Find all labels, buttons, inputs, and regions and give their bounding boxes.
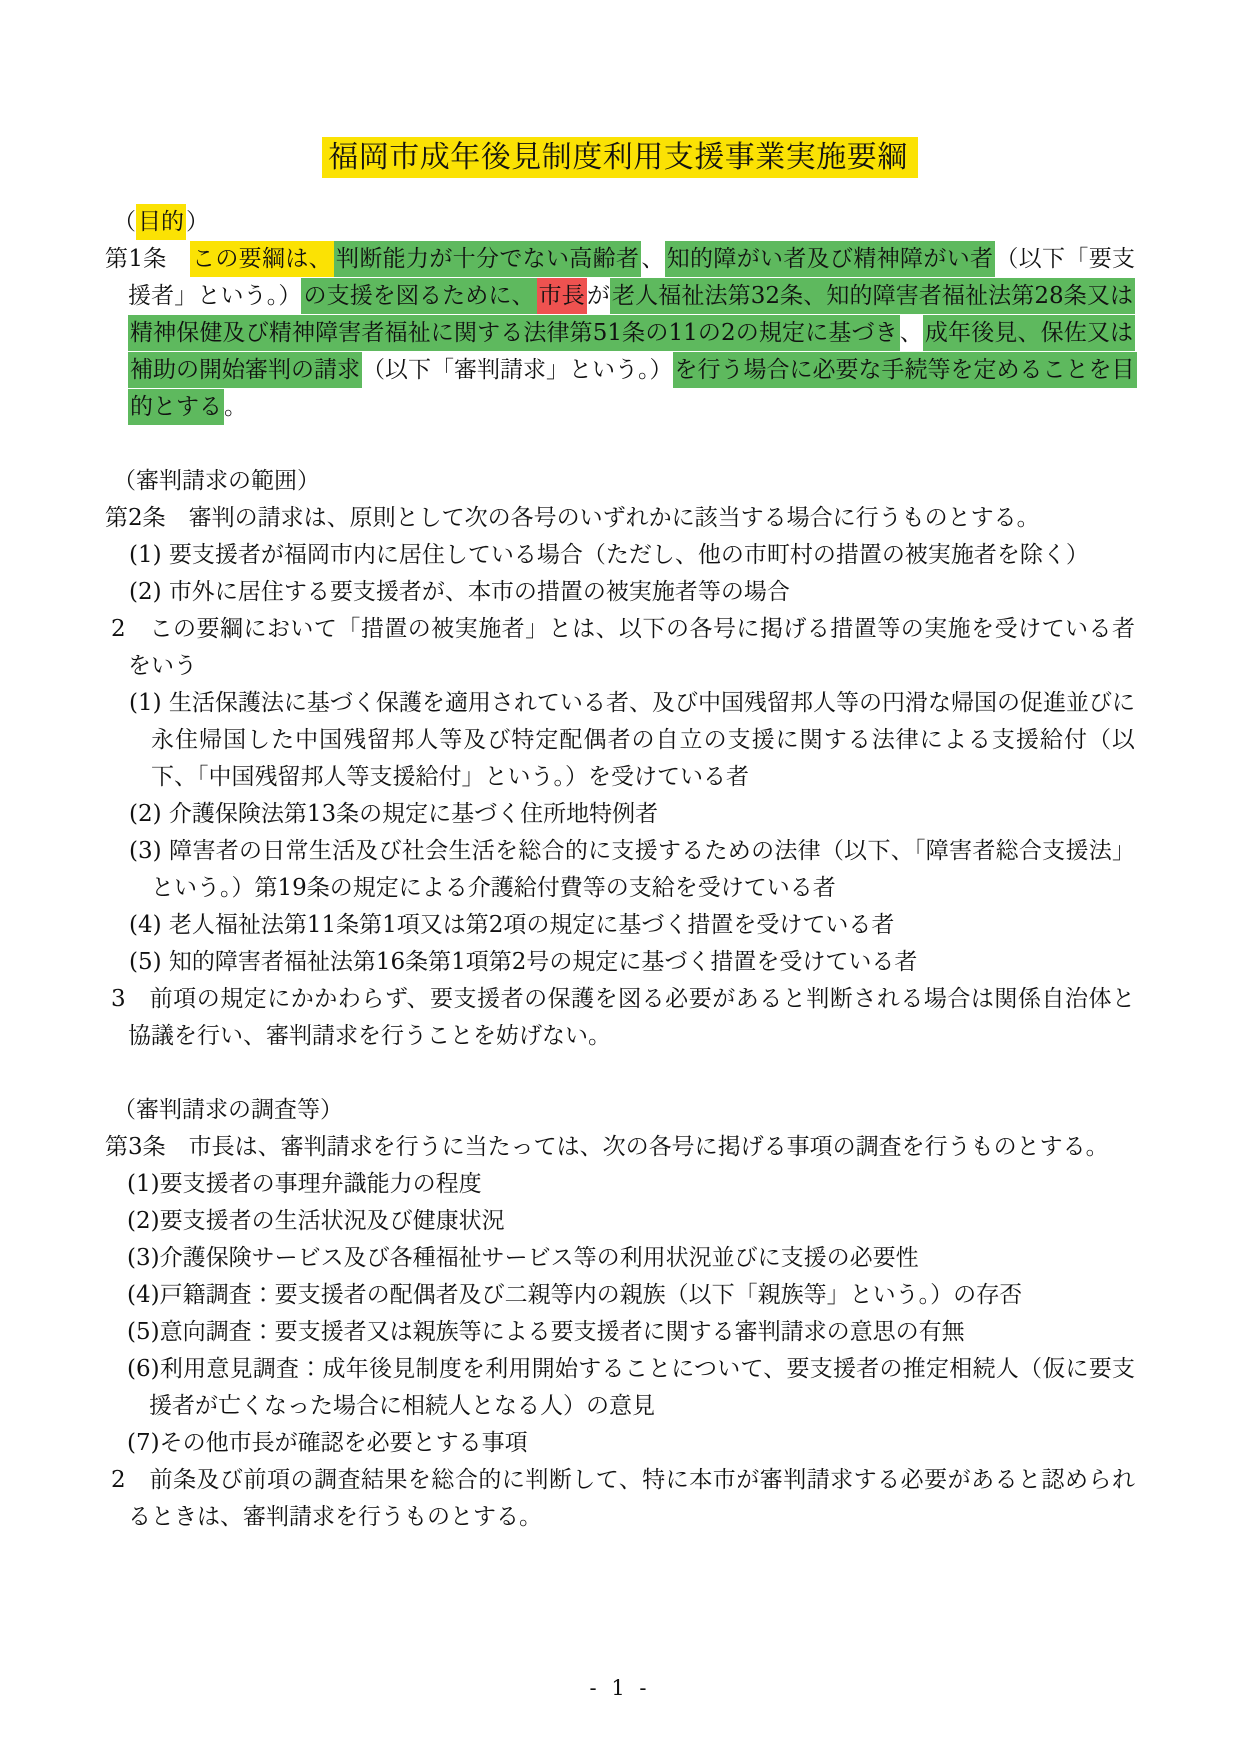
article-3-paragraph-2: 2 前条及び前項の調査結果を総合的に判断して、特に本市が審判請求する必要があると… (111, 1462, 1135, 1536)
text-run: 第1条 (105, 246, 190, 272)
text-run: (1)要支援者の事理弁識能力の程度 (127, 1171, 482, 1197)
text-run: 3 前項の規定にかかわらず、要支援者の保護を図る必要があると判断される場合は関係… (111, 986, 1135, 1049)
article-3-item-5: (5)意向調査：要支援者又は親族等による要支援者に関する審判請求の意思の有無 (127, 1314, 1135, 1351)
text-run: が (587, 283, 610, 309)
text-run: 。 (224, 394, 247, 420)
article-3-item-7: (7)その他市長が確認を必要とする事項 (127, 1425, 1135, 1462)
text-run: 、 (641, 246, 664, 272)
text-run: (2) 介護保険法第13条の規定に基づく住所地特例者 (129, 801, 658, 827)
article-1: 第1条 この要綱は、判断能力が十分でない高齢者、知的障がい者及び精神障がい者（以… (105, 241, 1135, 426)
article-3: 第3条 市長は、審判請求を行うに当たっては、次の各号に掲げる事項の調査を行うもの… (105, 1129, 1135, 1166)
section-heading-investigation: （審判請求の調査等） (113, 1092, 1135, 1129)
text-run: (6)利用意見調査：成年後見制度を利用開始することについて、要支援者の推定相続人… (127, 1356, 1135, 1419)
text-run: 、 (900, 320, 923, 346)
text-run: (1) 生活保護法に基づく保護を適用されている者、及び中国残留邦人等の円滑な帰国… (129, 690, 1135, 790)
text-run: ） (186, 209, 209, 235)
text-run: 第2条 審判の請求は、原則として次の各号のいずれかに該当する場合に行うものとする… (105, 505, 1040, 531)
text-run: （審判請求の範囲） (113, 468, 320, 494)
document-page: 福岡市成年後見制度利用支援事業実施要綱 （目的）第1条 この要綱は、判断能力が十… (0, 0, 1240, 1754)
text-run: (3)介護保険サービス及び各種福祉サービス等の利用状況並びに支援の必要性 (127, 1245, 919, 1271)
article-3-item-1: (1)要支援者の事理弁識能力の程度 (127, 1166, 1135, 1203)
highlight-green: の支援を図るために、 (301, 278, 536, 314)
text-run: (4) 老人福祉法第11条第1項又は第2項の規定に基づく措置を受けている者 (129, 912, 894, 938)
text-run: (5) 知的障害者福祉法第16条第1項第2号の規定に基づく措置を受けている者 (129, 949, 917, 975)
highlight-yellow: 目的 (136, 204, 186, 240)
title-highlight: 福岡市成年後見制度利用支援事業実施要綱 (322, 137, 918, 178)
text-run: (1) 要支援者が福岡市内に居住している場合（ただし、他の市町村の措置の被実施者… (129, 542, 1089, 568)
article-2-2-item-4: (4) 老人福祉法第11条第1項又は第2項の規定に基づく措置を受けている者 (129, 907, 1135, 944)
article-2: 第2条 審判の請求は、原則として次の各号のいずれかに該当する場合に行うものとする… (105, 500, 1135, 537)
highlight-yellow: この要綱は、 (190, 241, 334, 277)
text-run: （以下「審判請求」という。） (362, 357, 673, 383)
highlight-red: 市長 (537, 278, 587, 314)
text-run: (2) 市外に居住する要支援者が、本市の措置の被実施者等の場合 (129, 579, 790, 605)
text-run: (7)その他市長が確認を必要とする事項 (127, 1430, 528, 1456)
article-2-paragraph-2: 2 この要綱において「措置の被実施者」とは、以下の各号に掲げる措置等の実施を受け… (111, 611, 1135, 685)
text-run: 2 この要綱において「措置の被実施者」とは、以下の各号に掲げる措置等の実施を受け… (111, 616, 1135, 679)
text-run: (4)戸籍調査：要支援者の配偶者及び二親等内の親族（以下「親族等」という。）の存… (127, 1282, 1022, 1308)
highlight-green: 判断能力が十分でない高齢者 (334, 241, 641, 277)
highlight-green: 知的障がい者及び精神障がい者 (665, 241, 996, 277)
text-run: (2)要支援者の生活状況及び健康状況 (127, 1208, 505, 1234)
section-heading-purpose: （目的） (113, 204, 1135, 241)
text-run: （審判請求の調査等） (113, 1097, 343, 1123)
article-3-item-2: (2)要支援者の生活状況及び健康状況 (127, 1203, 1135, 1240)
text-run: 2 前条及び前項の調査結果を総合的に判断して、特に本市が審判請求する必要があると… (111, 1467, 1135, 1530)
text-run: （ (113, 209, 136, 235)
article-2-item-1: (1) 要支援者が福岡市内に居住している場合（ただし、他の市町村の措置の被実施者… (129, 537, 1135, 574)
page-title: 福岡市成年後見制度利用支援事業実施要綱 (105, 136, 1135, 180)
document-body: （目的）第1条 この要綱は、判断能力が十分でない高齢者、知的障がい者及び精神障が… (105, 204, 1135, 1536)
article-2-2-item-2: (2) 介護保険法第13条の規定に基づく住所地特例者 (129, 796, 1135, 833)
text-run: (5)意向調査：要支援者又は親族等による要支援者に関する審判請求の意思の有無 (127, 1319, 965, 1345)
article-2-2-item-1: (1) 生活保護法に基づく保護を適用されている者、及び中国残留邦人等の円滑な帰国… (129, 685, 1135, 796)
article-3-item-3: (3)介護保険サービス及び各種福祉サービス等の利用状況並びに支援の必要性 (127, 1240, 1135, 1277)
page-number: - 1 - (0, 1676, 1240, 1700)
article-3-item-6: (6)利用意見調査：成年後見制度を利用開始することについて、要支援者の推定相続人… (127, 1351, 1135, 1425)
section-heading-scope: （審判請求の範囲） (113, 463, 1135, 500)
text-run: 第3条 市長は、審判請求を行うに当たっては、次の各号に掲げる事項の調査を行うもの… (105, 1134, 1109, 1160)
article-2-2-item-3: (3) 障害者の日常生活及び社会生活を総合的に支援するための法律（以下、「障害者… (129, 833, 1135, 907)
article-3-item-4: (4)戸籍調査：要支援者の配偶者及び二親等内の親族（以下「親族等」という。）の存… (127, 1277, 1135, 1314)
article-2-2-item-5: (5) 知的障害者福祉法第16条第1項第2号の規定に基づく措置を受けている者 (129, 944, 1135, 981)
article-2-paragraph-3: 3 前項の規定にかかわらず、要支援者の保護を図る必要があると判断される場合は関係… (111, 981, 1135, 1055)
text-run: (3) 障害者の日常生活及び社会生活を総合的に支援するための法律（以下、「障害者… (129, 838, 1135, 901)
document-content: 福岡市成年後見制度利用支援事業実施要綱 （目的）第1条 この要綱は、判断能力が十… (0, 0, 1240, 1536)
article-2-item-2: (2) 市外に居住する要支援者が、本市の措置の被実施者等の場合 (129, 574, 1135, 611)
